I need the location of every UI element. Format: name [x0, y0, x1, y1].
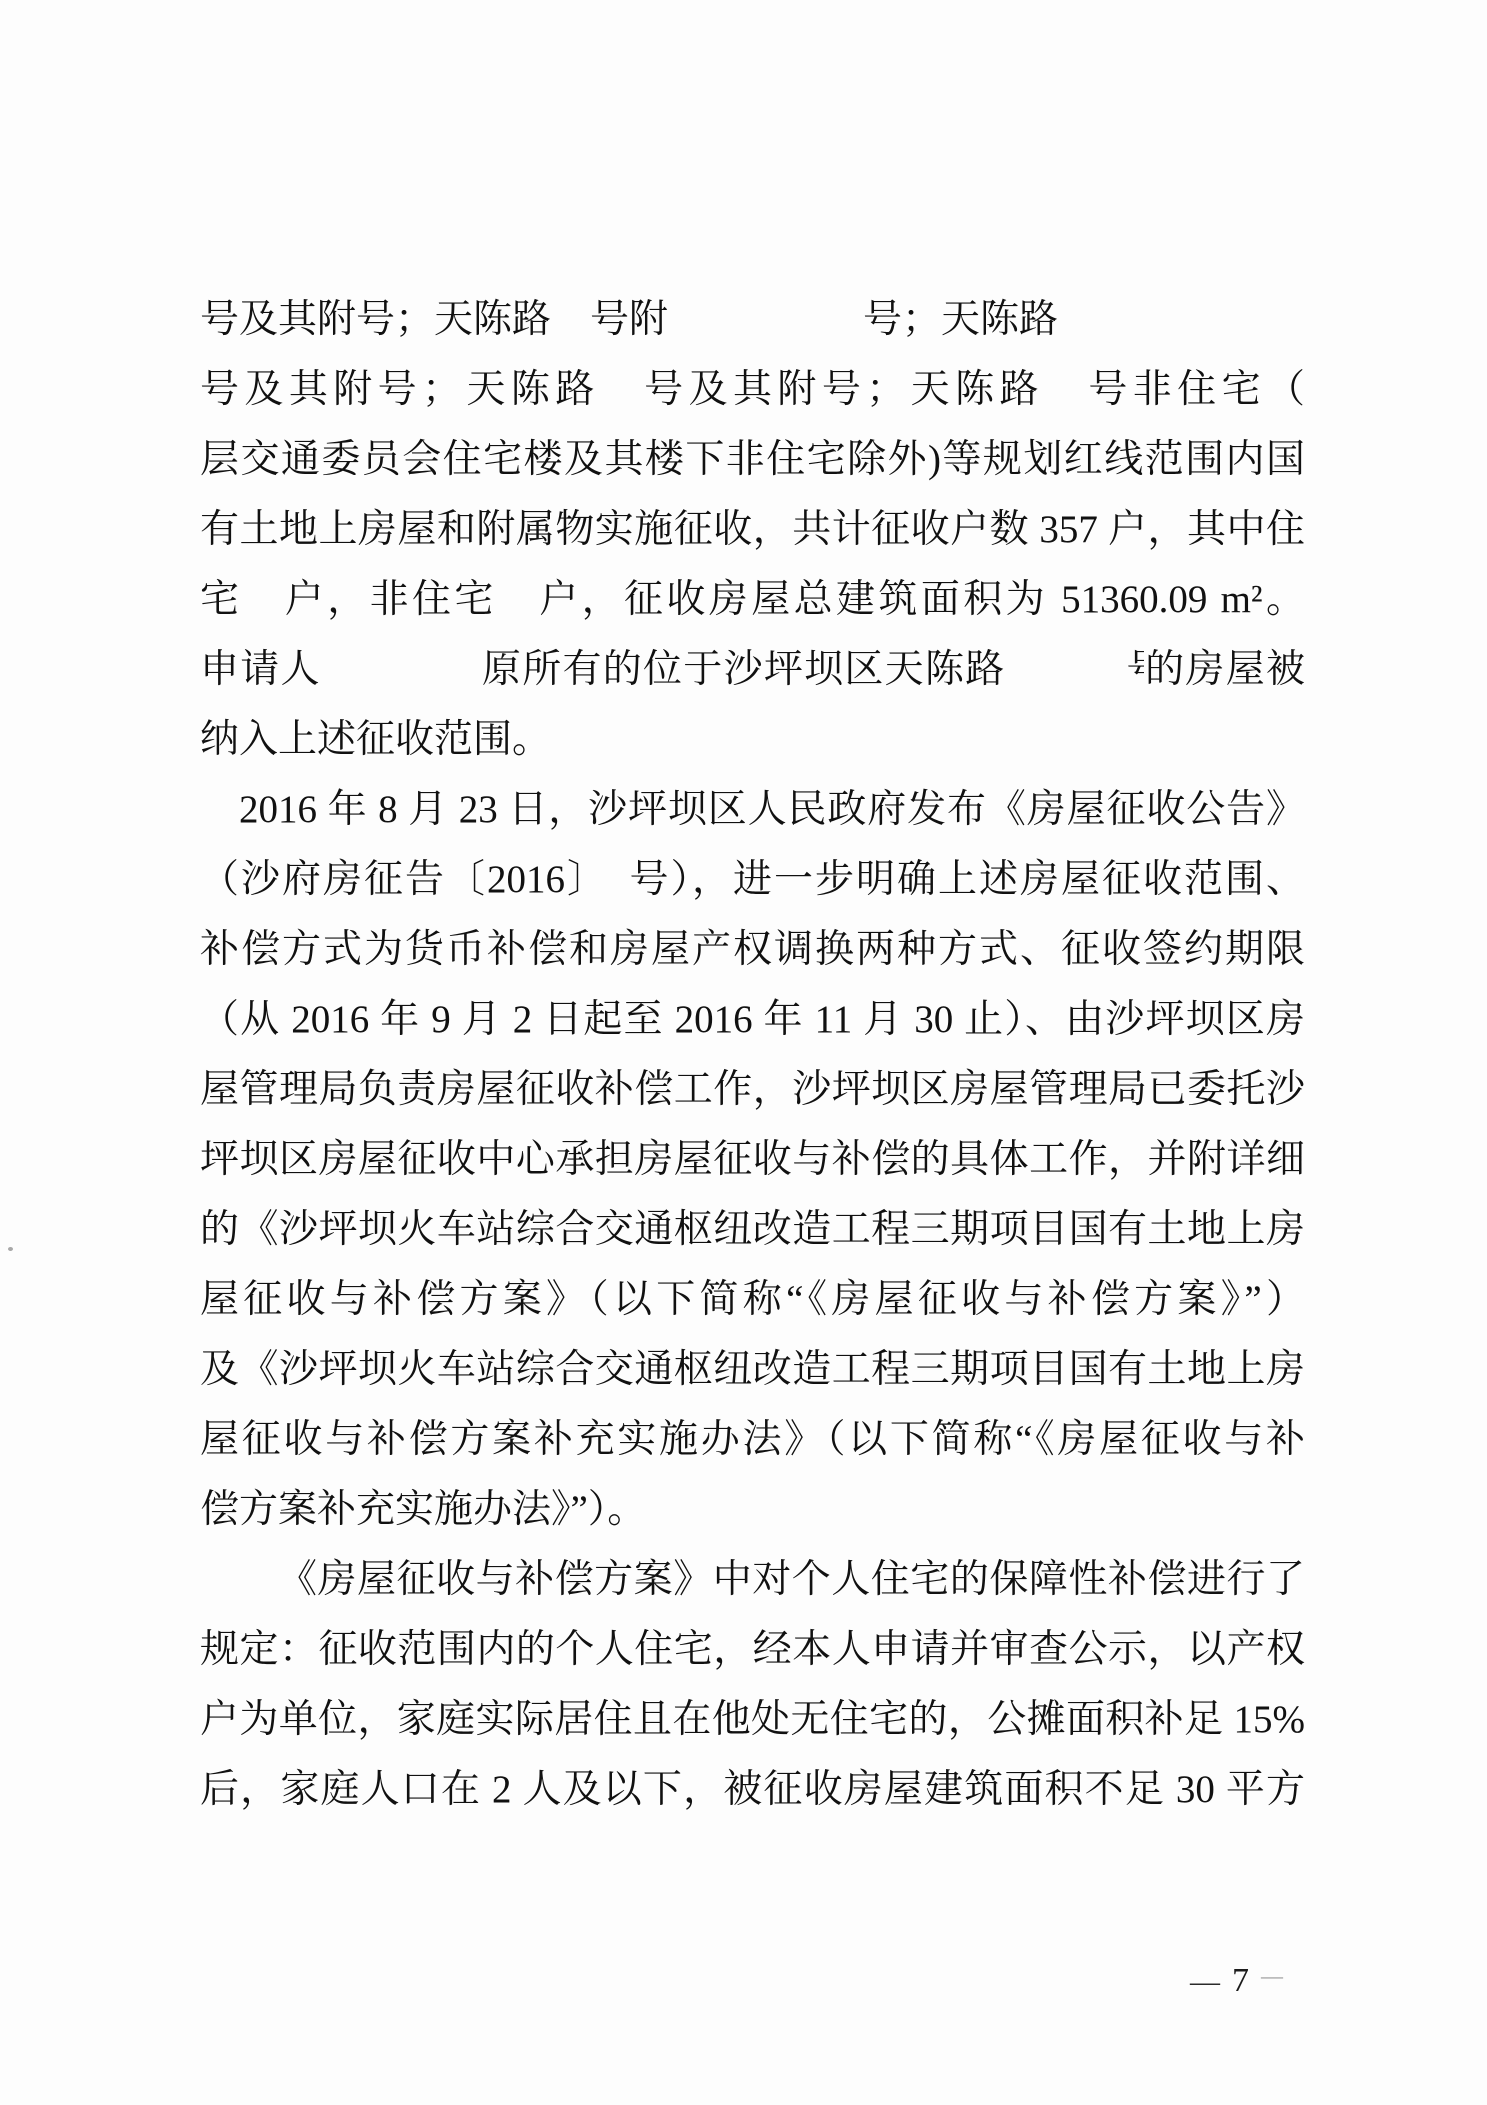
- scan-artifact-dot: [8, 1247, 13, 1251]
- document-line: 的《沙坪坝火车站综合交通枢纽改造工程三期项目国有土地上房: [200, 1195, 1305, 1265]
- line-text-pre: 申请人 原所有的位于沙坪坝区天陈路: [200, 648, 1126, 691]
- document-line: 偿方案补充实施办法》”）。: [200, 1475, 1305, 1545]
- document-line: 2016 年 8 月 23 日，沙坪坝区人民政府发布《房屋征收公告》: [200, 775, 1305, 845]
- line-text-post: 的房屋被: [1144, 648, 1305, 691]
- document-line: 层交通委员会住宅楼及其楼下非住宅除外)等规划红线范围内国: [200, 425, 1305, 495]
- page-number-dash-left: —: [1190, 1965, 1232, 1998]
- document-line: 有土地上房屋和附属物实施征收，共计征收户数 357 户，其中住: [200, 495, 1305, 565]
- document-page: 号及其附号；天陈路 号附 号；天陈路 号及其附号；天陈路 号及其附号；天陈路 号…: [0, 0, 1487, 2105]
- page-number-dash-right: —: [1261, 1963, 1295, 1988]
- clipped-character: 号: [1126, 635, 1144, 705]
- document-line: 《房屋征收与补偿方案》中对个人住宅的保障性补偿进行了: [200, 1545, 1305, 1615]
- document-line: 及《沙坪坝火车站综合交通枢纽改造工程三期项目国有土地上房: [200, 1335, 1305, 1405]
- document-line: 宅 户，非住宅 户，征收房屋总建筑面积为 51360.09 m²。: [200, 565, 1305, 635]
- document-line: （从 2016 年 9 月 2 日起至 2016 年 11 月 30 止）、由沙…: [200, 985, 1305, 1055]
- document-line: 屋征收与补偿方案补充实施办法》（以下简称“《房屋征收与补: [200, 1405, 1305, 1475]
- document-line: 屋管理局负责房屋征收补偿工作，沙坪坝区房屋管理局已委托沙: [200, 1055, 1305, 1125]
- document-line: 号及其附号；天陈路 号附 号；天陈路: [200, 285, 1305, 355]
- document-line: （沙府房征告〔2016〕 号），进一步明确上述房屋征收范围、: [200, 845, 1305, 915]
- document-line: 纳入上述征收范围。: [200, 705, 1305, 775]
- document-line: 规定：征收范围内的个人住宅，经本人申请并审查公示，以产权: [200, 1615, 1305, 1685]
- document-line: 后，家庭人口在 2 人及以下，被征收房屋建筑面积不足 30 平方: [200, 1755, 1305, 1825]
- page-number-value: 7: [1232, 1962, 1261, 1999]
- page-number: —7—: [1190, 1962, 1295, 2000]
- clipped-character-glyph: 号: [1126, 648, 1144, 691]
- document-line: 坪坝区房屋征收中心承担房屋征收与补偿的具体工作，并附详细: [200, 1125, 1305, 1195]
- document-body: 号及其附号；天陈路 号附 号；天陈路 号及其附号；天陈路 号及其附号；天陈路 号…: [200, 285, 1305, 1825]
- document-line: 申请人 原所有的位于沙坪坝区天陈路 号的房屋被: [200, 635, 1305, 705]
- document-line: 屋征收与补偿方案》（以下简称“《房屋征收与补偿方案》”）: [200, 1265, 1305, 1335]
- document-line: 号及其附号；天陈路 号及其附号；天陈路 号非住宅（: [200, 355, 1305, 425]
- document-line: 户为单位，家庭实际居住且在他处无住宅的，公摊面积补足 15%: [200, 1685, 1305, 1755]
- document-line: 补偿方式为货币补偿和房屋产权调换两种方式、征收签约期限: [200, 915, 1305, 985]
